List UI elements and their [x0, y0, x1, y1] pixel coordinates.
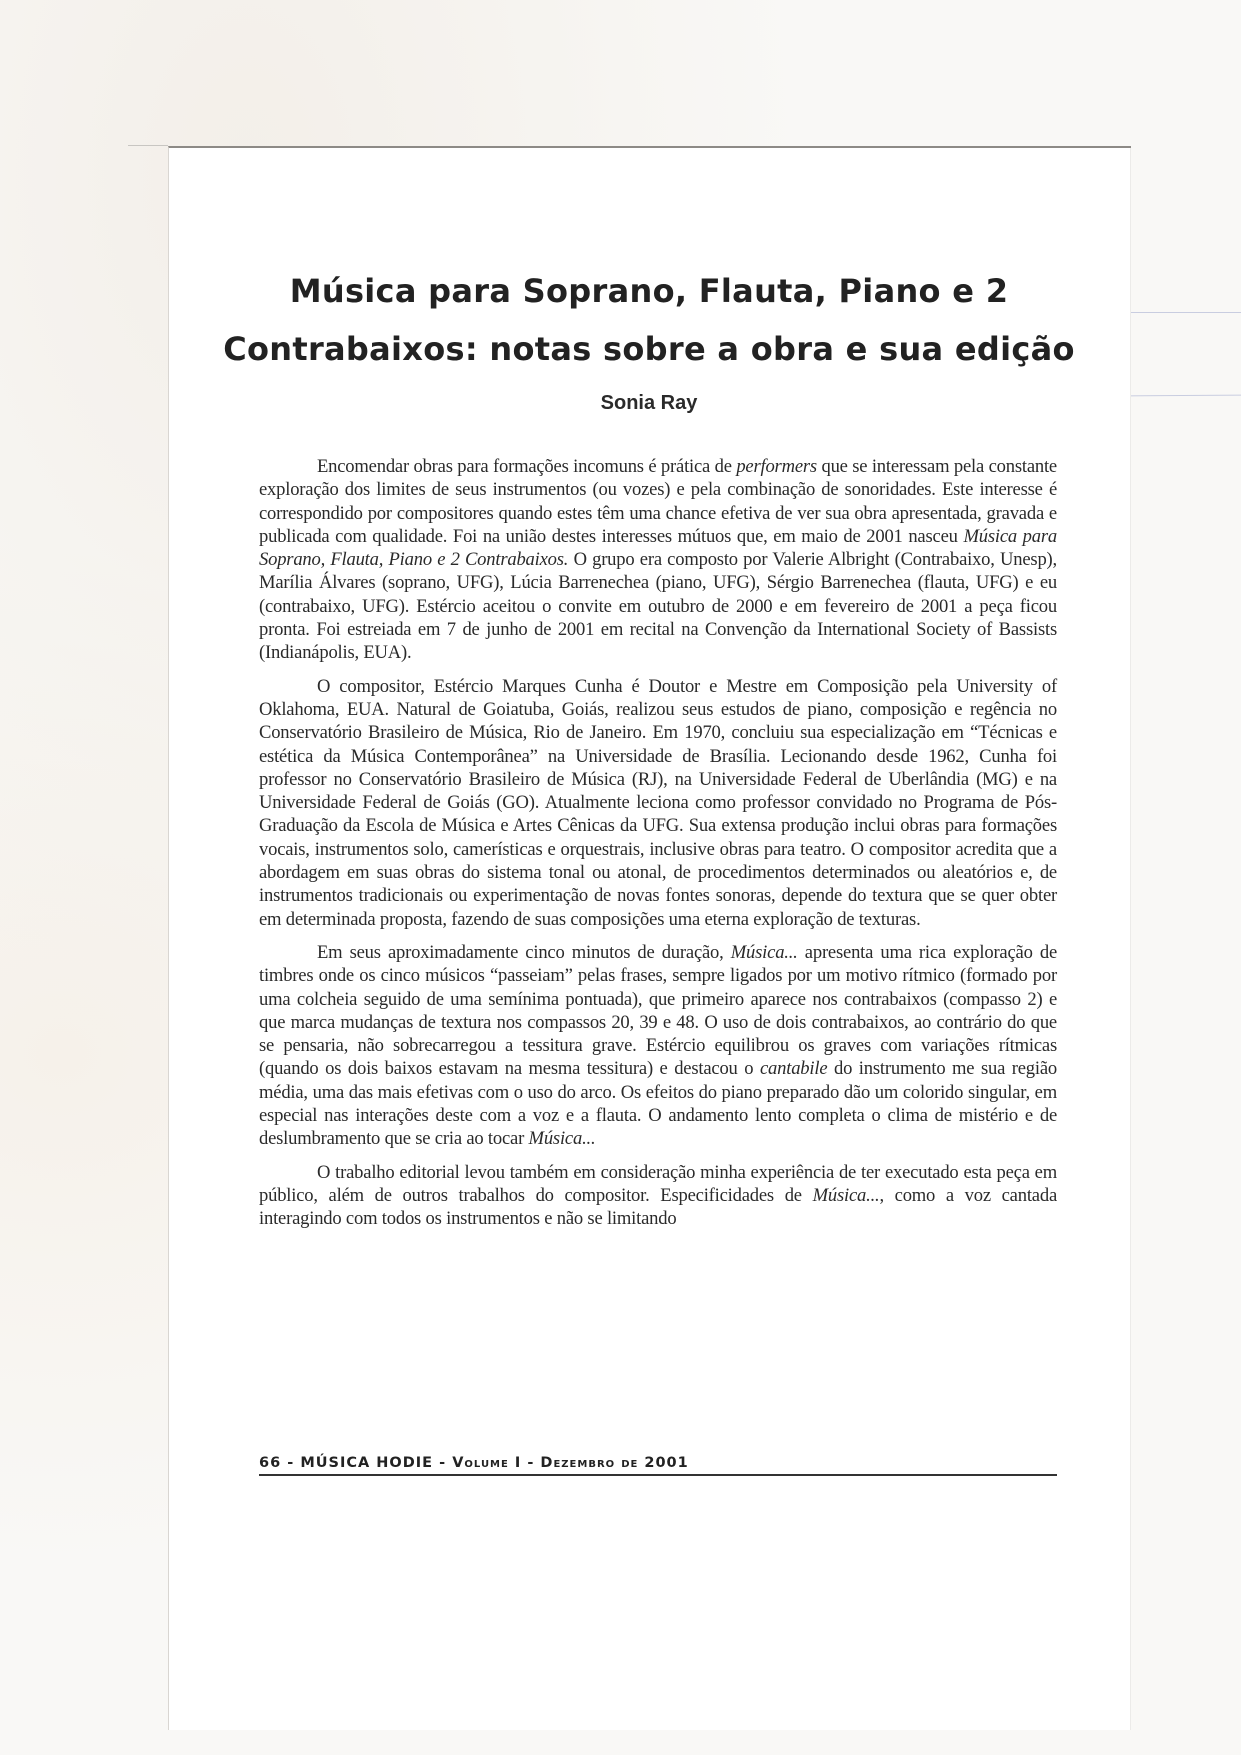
text-run: Em seus aproximadamente cinco minutos de… [317, 942, 731, 963]
text-run: O compositor, Estércio Marques Cunha é D… [259, 676, 1057, 930]
body-paragraph: Em seus aproximadamente cinco minutos de… [259, 941, 1057, 1151]
body-paragraph: Encomendar obras para formações incomuns… [259, 455, 1057, 665]
footer-separator: - [281, 1455, 300, 1471]
italic-text: cantabile [760, 1058, 827, 1079]
volume-label: Volume I [452, 1455, 521, 1471]
page-number: 66 [259, 1455, 281, 1471]
page-footer: 66 - MÚSICA HODIE - Volume I - Dezembro … [259, 1455, 1057, 1476]
italic-text: performers [736, 456, 817, 477]
footer-separator: - [433, 1455, 452, 1471]
issue-date: Dezembro de 2001 [540, 1455, 688, 1471]
page-edge-stub [128, 145, 168, 146]
journal-name: MÚSICA HODIE [300, 1455, 433, 1471]
body-paragraph: O trabalho editorial levou também em con… [259, 1161, 1057, 1231]
italic-text: Música... [813, 1185, 880, 1206]
italic-text: Música... [731, 942, 798, 963]
footer-separator: - [521, 1455, 540, 1471]
title-line-1: Música para Soprano, Flauta, Piano e 2 [290, 272, 1009, 310]
title-line-2: Contrabaixos: notas sobre a obra e sua e… [223, 330, 1075, 368]
author-name: Sonia Ray [168, 392, 1130, 415]
margin-mark [1128, 312, 1241, 313]
article-body: Encomendar obras para formações incomuns… [259, 455, 1057, 1241]
article-title: Música para Soprano, Flauta, Piano e 2 C… [168, 262, 1130, 378]
body-paragraph: O compositor, Estércio Marques Cunha é D… [259, 675, 1057, 931]
text-run: Encomendar obras para formações incomuns… [317, 456, 736, 477]
italic-text: Música... [529, 1128, 596, 1149]
